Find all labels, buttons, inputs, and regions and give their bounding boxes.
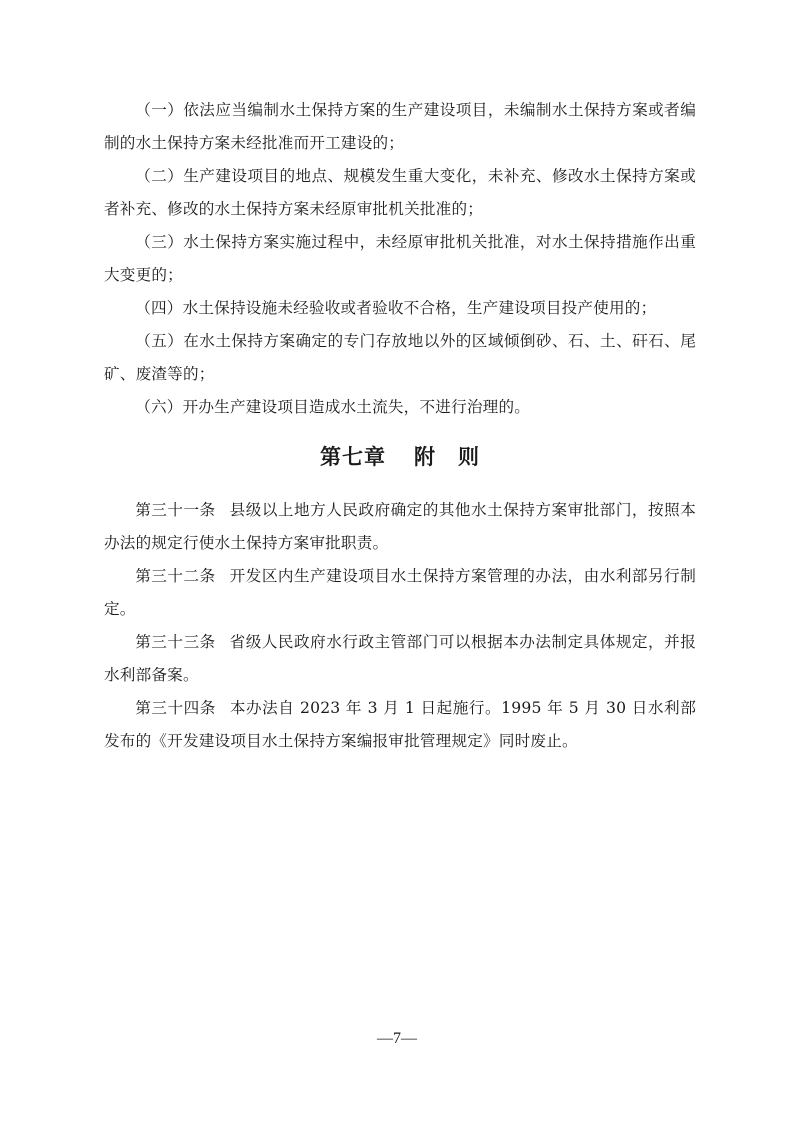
article-label: 第三十二条 bbox=[135, 567, 215, 585]
article-33: 第三十三条省级人民政府水行政主管部门可以根据本办法制定具体规定，并报水利部备案。 bbox=[104, 626, 696, 692]
chapter-heading: 第七章附 则 bbox=[104, 442, 696, 472]
article-label: 第三十三条 bbox=[135, 633, 215, 651]
list-item-1: （一）依法应当编制水土保持方案的生产建设项目，未编制水土保持方案或者编制的水土保… bbox=[104, 94, 696, 160]
list-item-4: （四）水土保持设施未经验收或者验收不合格，生产建设项目投产使用的； bbox=[104, 292, 696, 325]
document-page: （一）依法应当编制水土保持方案的生产建设项目，未编制水土保持方案或者编制的水土保… bbox=[104, 94, 696, 758]
article-32: 第三十二条开发区内生产建设项目水土保持方案管理的办法，由水利部另行制定。 bbox=[104, 560, 696, 626]
chapter-title: 附 则 bbox=[414, 445, 480, 469]
article-31: 第三十一条县级以上地方人民政府确定的其他水土保持方案审批部门，按照本办法的规定行… bbox=[104, 494, 696, 560]
article-label: 第三十一条 bbox=[135, 501, 215, 519]
list-item-3: （三）水土保持方案实施过程中，未经原审批机关批准，对水土保持措施作出重大变更的； bbox=[104, 226, 696, 292]
chapter-number: 第七章 bbox=[320, 445, 386, 469]
article-34: 第三十四条本办法自 2023 年 3 月 1 日起施行。1995 年 5 月 3… bbox=[104, 692, 696, 758]
list-item-2: （二）生产建设项目的地点、规模发生重大变化，未补充、修改水土保持方案或者补充、修… bbox=[104, 160, 696, 226]
page-number: —7— bbox=[0, 1030, 794, 1048]
list-item-5: （五）在水土保持方案确定的专门存放地以外的区域倾倒砂、石、土、矸石、尾矿、废渣等… bbox=[104, 325, 696, 391]
article-label: 第三十四条 bbox=[135, 699, 216, 717]
list-item-6: （六）开办生产建设项目造成水土流失，不进行治理的。 bbox=[104, 391, 696, 424]
